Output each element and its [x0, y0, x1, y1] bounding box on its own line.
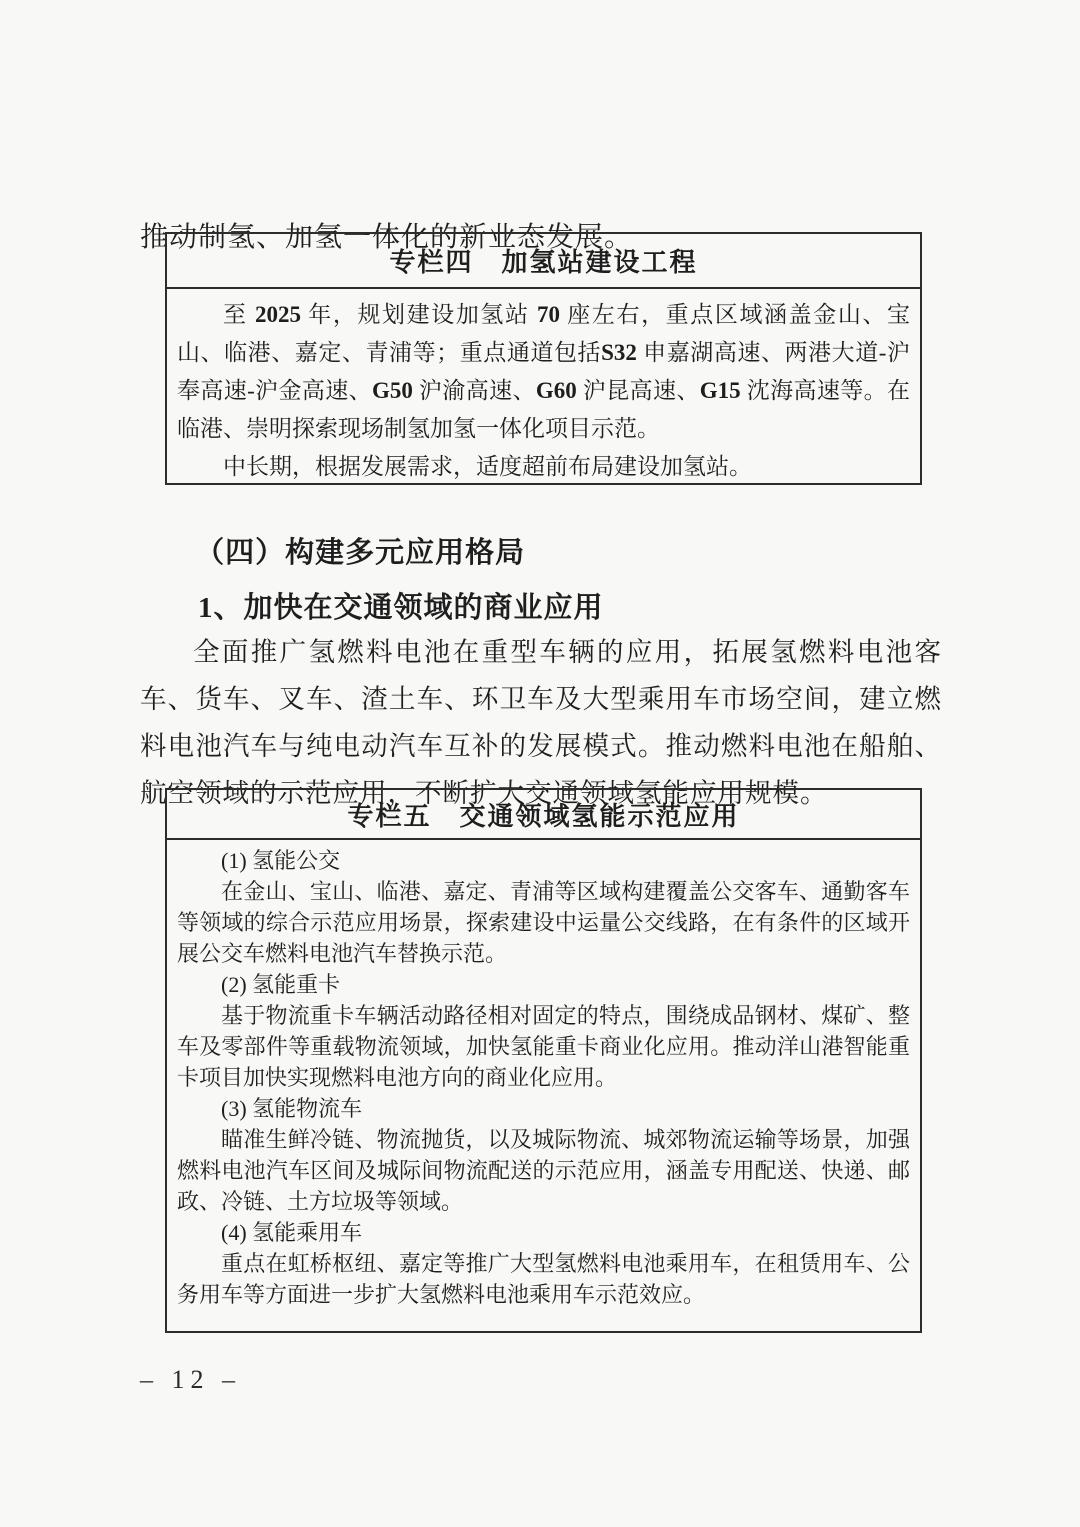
section-sub-heading: 1、加快在交通领域的商业应用 — [140, 585, 945, 626]
section-heading: （四）构建多元应用格局 — [140, 530, 945, 571]
document-page: 推动制氢、加氢一体化的新业态发展。 专栏四 加氢站建设工程 至 2025 年，规… — [0, 0, 1080, 1527]
box4-main-paragraph: 至 2025 年，规划建设加氢站 70 座左右，重点区域涵盖金山、宝山、临港、嘉… — [177, 296, 910, 448]
box5-item-4-body: 重点在虹桥枢纽、嘉定等推广大型氢燃料电池乘用车，在租赁用车、公务用车等方面进一步… — [177, 1248, 910, 1310]
callout-box5-title: 专栏五 交通领域氢能示范应用 — [167, 790, 920, 840]
box5-item-2-label: (2) 氢能重卡 — [177, 969, 910, 1000]
box4-closing-paragraph: 中长期，根据发展需求，适度超前布局建设加氢站。 — [177, 448, 910, 486]
box5-item-3-label: (3) 氢能物流车 — [177, 1093, 910, 1124]
box5-item-4-label: (4) 氢能乘用车 — [177, 1217, 910, 1248]
callout-box5-body: (1) 氢能公交 在金山、宝山、临港、嘉定、青浦等区域构建覆盖公交客车、通勤客车… — [167, 840, 920, 1310]
box5-item-3-body: 瞄准生鲜冷链、物流抛货，以及城际物流、城郊物流运输等场景，加强燃料电池汽车区间及… — [177, 1124, 910, 1217]
box5-item-1-body: 在金山、宝山、临港、嘉定、青浦等区域构建覆盖公交客车、通勤客车等领域的综合示范应… — [177, 876, 910, 969]
callout-box-hydrogen-station-project: 专栏四 加氢站建设工程 至 2025 年，规划建设加氢站 70 座左右，重点区域… — [165, 232, 922, 485]
callout-box4-body: 至 2025 年，规划建设加氢站 70 座左右，重点区域涵盖金山、宝山、临港、嘉… — [167, 289, 920, 486]
callout-box-transport-demo: 专栏五 交通领域氢能示范应用 (1) 氢能公交 在金山、宝山、临港、嘉定、青浦等… — [165, 788, 922, 1333]
callout-box4-title: 专栏四 加氢站建设工程 — [167, 234, 920, 289]
page-number: – 12 – — [140, 1365, 241, 1395]
box5-item-1-label: (1) 氢能公交 — [177, 845, 910, 876]
box5-item-2-body: 基于物流重卡车辆活动路径相对固定的特点，围绕成品钢材、煤矿、整车及零部件等重载物… — [177, 1000, 910, 1093]
